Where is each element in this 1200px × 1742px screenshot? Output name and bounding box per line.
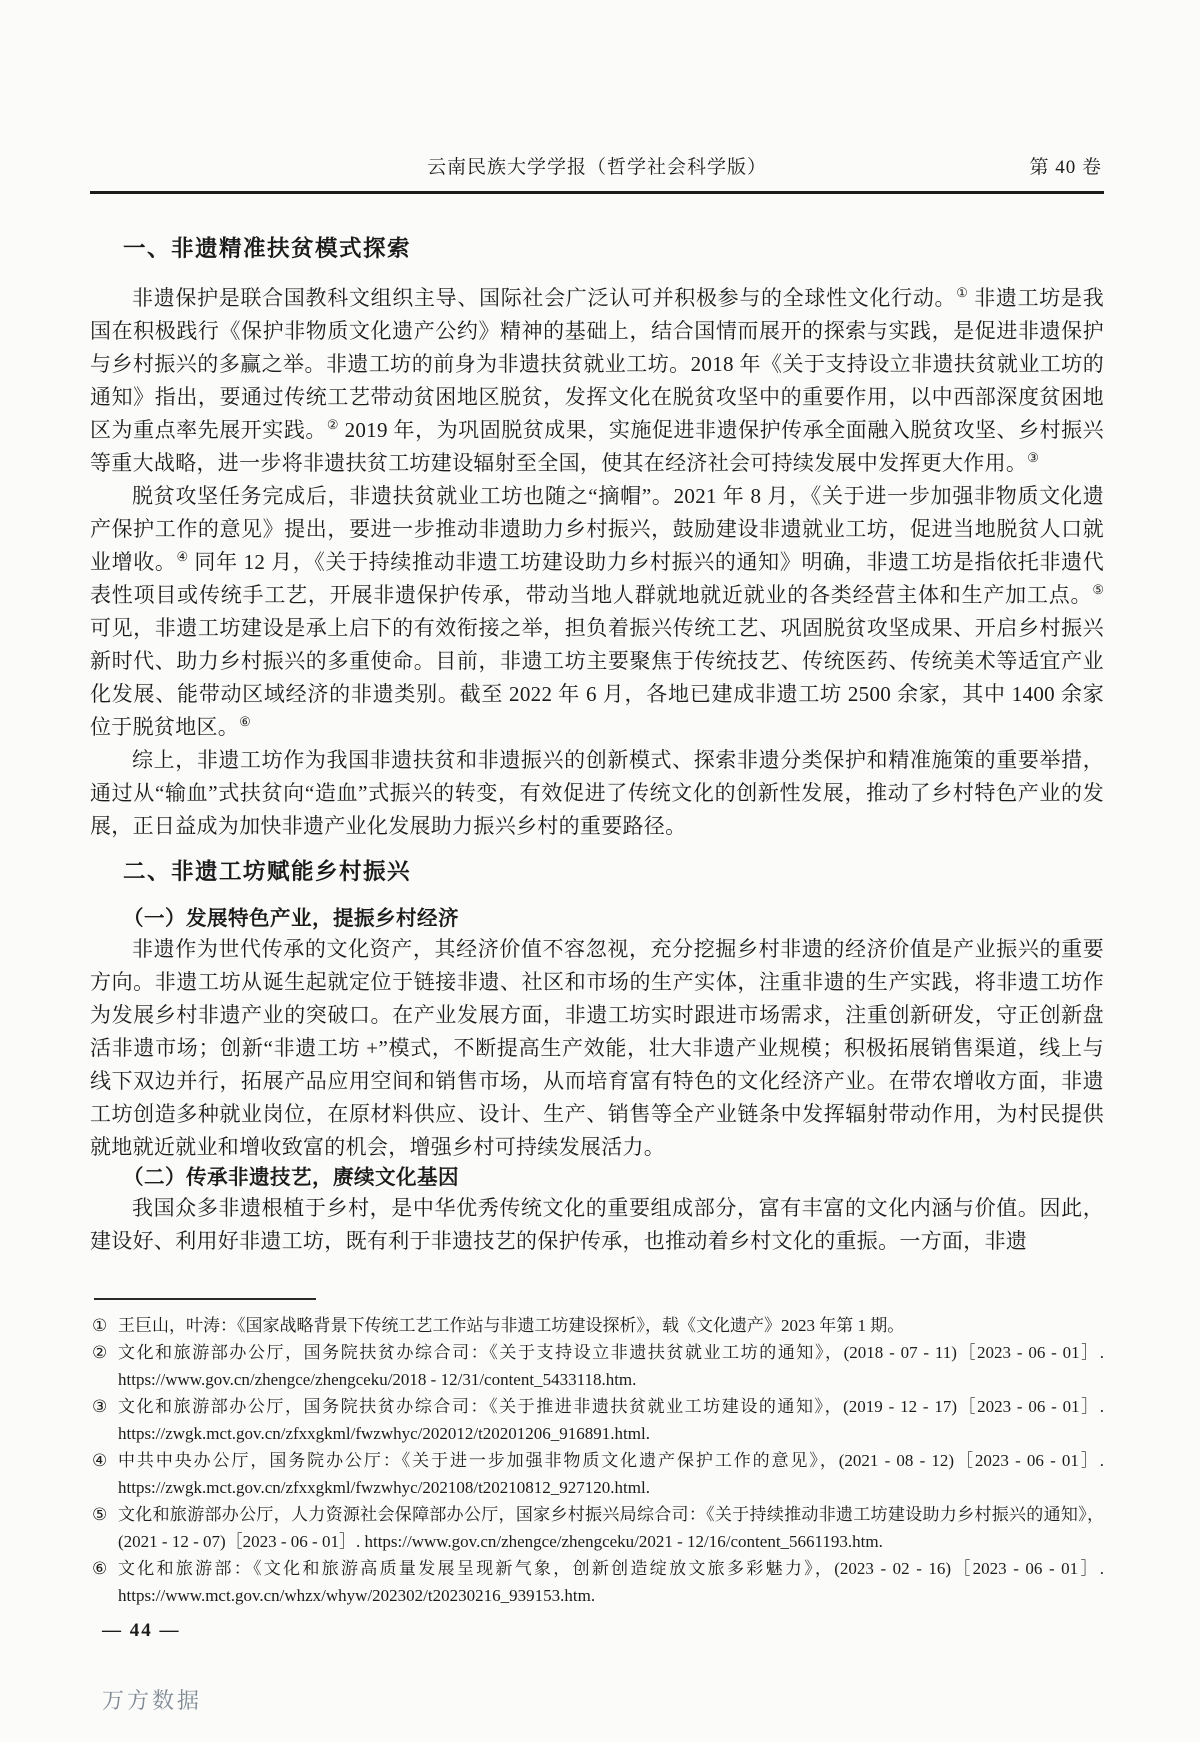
footnote-text: 王巨山，叶涛：《国家战略背景下传统工艺工作站与非遗工坊建设探析》，载《文化遗产》… [118, 1316, 904, 1335]
footnote-marker: ④ [92, 1447, 107, 1474]
section-1-heading: 一、非遗精准扶贫模式探索 [90, 234, 1104, 264]
footnote-rule [94, 1298, 316, 1300]
footnote-marker: ⑤ [92, 1501, 107, 1528]
footnote-marker: ② [92, 1339, 107, 1366]
footnote-item: ① 王巨山，叶涛：《国家战略背景下传统工艺工作站与非遗工坊建设探析》，载《文化遗… [90, 1312, 1104, 1339]
journal-title: 云南民族大学学报（哲学社会科学版） [90, 152, 1104, 179]
footnote-text: 文化和旅游部办公厅，国务院扶贫办综合司：《关于支持设立非遗扶贫就业工坊的通知》，… [118, 1343, 1104, 1389]
footnote-marker: ③ [92, 1393, 107, 1420]
subsection-2-1-paragraph: 非遗作为世代传承的文化资产，其经济价值不容忽视，充分挖掘乡村非遗的经济价值是产业… [90, 933, 1104, 1164]
footnote-item: ④ 中共中央办公厅，国务院办公厅：《关于进一步加强非物质文化遗产保护工作的意见》… [90, 1447, 1104, 1501]
footnotes: ① 王巨山，叶涛：《国家战略背景下传统工艺工作站与非遗工坊建设探析》，载《文化遗… [90, 1298, 1104, 1609]
volume-label: 第 40 卷 [1029, 152, 1102, 179]
subsection-2-1-heading: （一）发展特色产业，提振乡村经济 [90, 905, 1104, 933]
section-1-paragraph-2: 脱贫攻坚任务完成后，非遗扶贫就业工坊也随之“摘帽”。2021 年 8 月，《关于… [90, 480, 1104, 744]
subsection-2-2-paragraph: 我国众多非遗根植于乡村，是中华优秀传统文化的重要组成部分，富有丰富的文化内涵与价… [90, 1192, 1104, 1258]
footnote-text: 中共中央办公厅，国务院办公厅：《关于进一步加强非物质文化遗产保护工作的意见》，(… [118, 1451, 1104, 1497]
running-head: 云南民族大学学报（哲学社会科学版） 第 40 卷 [90, 152, 1104, 182]
section-1-paragraph-3: 综上，非遗工坊作为我国非遗扶贫和非遗振兴的创新模式、探索非遗分类保护和精准施策的… [90, 744, 1104, 843]
footnote-text: 文化和旅游部办公厅，国务院扶贫办综合司：《关于推进非遗扶贫就业工坊建设的通知》，… [118, 1397, 1104, 1443]
page-number: — 44 — [102, 1620, 181, 1642]
footnote-marker: ⑥ [92, 1555, 107, 1582]
article-body: 一、非遗精准扶贫模式探索 非遗保护是联合国教科文组织主导、国际社会广泛认可并积极… [90, 226, 1104, 1258]
section-2-heading: 二、非遗工坊赋能乡村振兴 [90, 857, 1104, 887]
footnote-item: ⑥ 文化和旅游部：《文化和旅游高质量发展呈现新气象，创新创造绽放文旅多彩魅力》，… [90, 1555, 1104, 1609]
footnote-text: 文化和旅游部办公厅，人力资源社会保障部办公厅，国家乡村振兴局综合司：《关于持续推… [118, 1505, 1104, 1551]
footnote-marker: ① [92, 1312, 107, 1339]
scanned-paper-page: 云南民族大学学报（哲学社会科学版） 第 40 卷 一、非遗精准扶贫模式探索 非遗… [0, 0, 1200, 1742]
section-1-paragraph-1: 非遗保护是联合国教科文组织主导、国际社会广泛认可并积极参与的全球性文化行动。① … [90, 282, 1104, 480]
footnote-text: 文化和旅游部：《文化和旅游高质量发展呈现新气象，创新创造绽放文旅多彩魅力》，(2… [118, 1559, 1104, 1605]
footnote-item: ⑤ 文化和旅游部办公厅，人力资源社会保障部办公厅，国家乡村振兴局综合司：《关于持… [90, 1501, 1104, 1555]
header-rule [90, 191, 1104, 194]
wanfang-watermark: 万方数据 [102, 1684, 202, 1715]
subsection-2-2-heading: （二）传承非遗技艺，赓续文化基因 [90, 1164, 1104, 1192]
footnote-item: ③ 文化和旅游部办公厅，国务院扶贫办综合司：《关于推进非遗扶贫就业工坊建设的通知… [90, 1393, 1104, 1447]
footnote-item: ② 文化和旅游部办公厅，国务院扶贫办综合司：《关于支持设立非遗扶贫就业工坊的通知… [90, 1339, 1104, 1393]
